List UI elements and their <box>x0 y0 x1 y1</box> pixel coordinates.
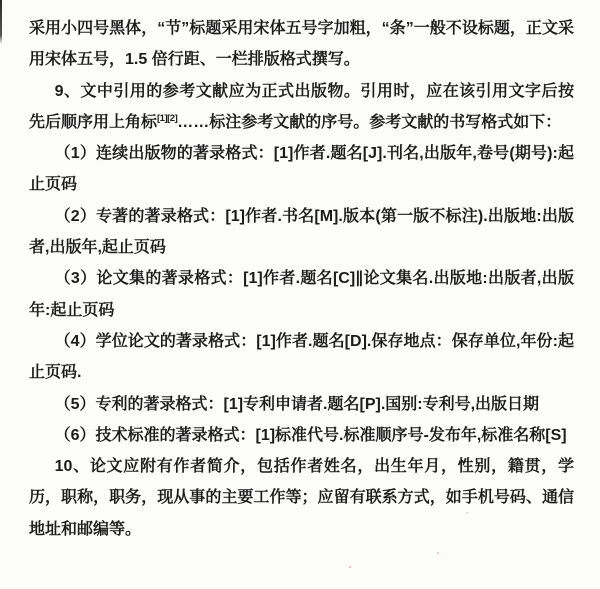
scan-noise-speck <box>349 566 351 568</box>
paragraph-rule-10: 10、论文应附有作者简介，包括作者姓名，出生年月，性别，籍贯，学历，职称，职务，… <box>29 451 574 545</box>
document-page: 采用小四号黑体，“节”标题采用宋体五号字加粗，“条”一般不设标题，正文采用宋体五… <box>0 0 600 589</box>
paragraph-ref-format-4-thesis: （4）学位论文的著录格式：[1]作者.题名[D].保存地点：保存单位,年份:起止… <box>29 326 574 389</box>
scan-edge-artifact <box>0 0 2 44</box>
scan-noise-speck <box>466 512 468 514</box>
paragraph-ref-format-5-patent: （5）专利的著录格式：[1]专利申请者.题名[P].国别:专利号,出版日期 <box>29 389 574 420</box>
scan-noise-speck <box>437 552 439 554</box>
paragraph-ref-format-3-proceedings: （3）论文集的著录格式：[1]作者.题名[C]∥论文集名.出版地:出版者,出版年… <box>29 263 574 326</box>
citation-superscript: [1][2] <box>157 113 177 124</box>
paragraph-text: ……标注参考文献的序号。参考文献的书写格式如下： <box>177 114 561 131</box>
paragraph-ref-format-1-journal: （1）连续出版物的著录格式：[1]作者.题名[J].刊名,出版年,卷号(期号):… <box>29 138 574 201</box>
paragraph-ref-format-2-monograph: （2）专著的著录格式：[1]作者.书名[M].版本(第一版不标注).出版地:出版… <box>29 201 574 264</box>
paragraph-ref-format-6-standard: （6）技术标准的著录格式：[1]标准代号.标准顺序号-发布年,标准名称[S] <box>29 420 574 451</box>
paragraph-rule-9: 9、文中引用的参考文献应为正式出版物。引用时，应在该引用文字后按先后顺序用上角标… <box>29 76 574 139</box>
paragraph-body-format: 采用小四号黑体，“节”标题采用宋体五号字加粗，“条”一般不设标题，正文采用宋体五… <box>29 13 574 76</box>
